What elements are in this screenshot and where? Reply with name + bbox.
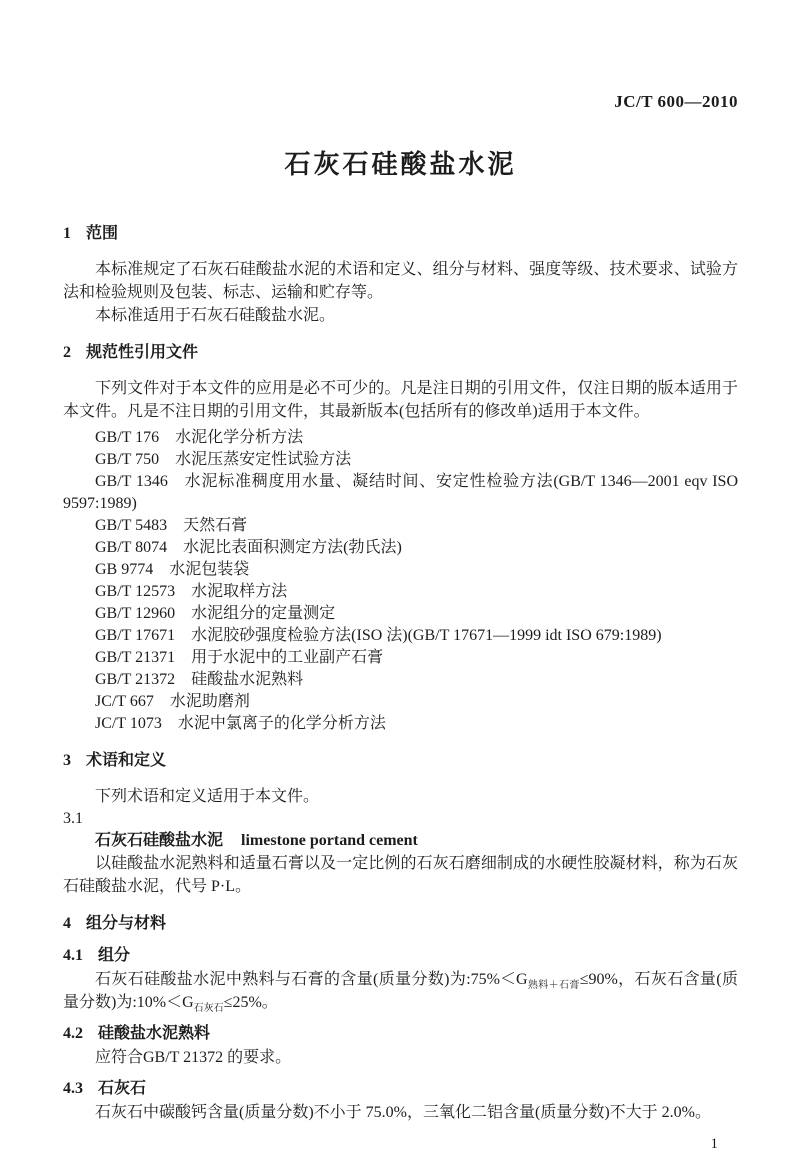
reference-code: GB/T 21371 (95, 649, 175, 666)
reference-code: GB/T 176 (95, 429, 159, 446)
section-label: 范围 (86, 225, 118, 242)
reference-title: 天然石膏 (183, 517, 247, 534)
document-title: 石灰石硅酸盐水泥 (63, 148, 738, 180)
limestone-paragraph: 石灰石中碳酸钙含量(质量分数)不小于 75.0%，三氧化二铝含量(质量分数)不大… (63, 1101, 738, 1124)
section-4-1-heading: 4.1组分 (63, 944, 738, 968)
reference-title: 水泥组分的定量测定 (191, 605, 335, 622)
term-chinese: 石灰石硅酸盐水泥 (95, 832, 223, 849)
section-number: 4.3 (63, 1077, 83, 1101)
references-intro: 下列文件对于本文件的应用是必不可少的。凡是注日期的引用文件，仅注日期的版本适用于… (63, 377, 738, 423)
term-line: 石灰石硅酸盐水泥limestone portand cement (63, 830, 738, 852)
section-label: 石灰石 (98, 1080, 146, 1097)
reference-code: GB/T 8074 (95, 539, 167, 556)
reference-item: GB/T 176水泥化学分析方法 (63, 427, 738, 449)
reference-title: 水泥比表面积测定方法(勃氏法) (183, 539, 402, 556)
reference-code: GB/T 12573 (95, 583, 175, 600)
reference-code: GB/T 17671 (95, 627, 175, 644)
reference-code: GB/T 21372 (95, 671, 175, 688)
reference-code: JC/T 1073 (95, 715, 162, 732)
reference-item: GB/T 8074水泥比表面积测定方法(勃氏法) (63, 537, 738, 559)
document-page: JC/T 600—2010 石灰石硅酸盐水泥 1范围 本标准规定了石灰石硅酸盐水… (0, 0, 800, 1166)
reference-title: 水泥化学分析方法 (175, 429, 303, 446)
term-item-number: 3.1 (63, 808, 738, 830)
section-label: 组分与材料 (86, 915, 166, 932)
composition-paragraph: 石灰石硅酸盐水泥中熟料与石膏的含量(质量分数)为:75%＜G熟料＋石膏≤90%，… (63, 968, 738, 1014)
reference-item: GB/T 12573水泥取样方法 (63, 581, 738, 603)
reference-item: GB 9774水泥包装袋 (63, 559, 738, 581)
reference-code: GB/T 750 (95, 451, 159, 468)
page-number: 1 (63, 1134, 738, 1154)
reference-item: GB/T 1346水泥标准稠度用水量、凝结时间、安定性检验方法(GB/T 134… (63, 471, 738, 515)
section-label: 术语和定义 (86, 752, 166, 769)
scope-paragraph-2: 本标准适用于石灰石硅酸盐水泥。 (63, 304, 738, 327)
section-4-2-heading: 4.2硅酸盐水泥熟料 (63, 1022, 738, 1046)
reference-title: 水泥压蒸安定性试验方法 (175, 451, 351, 468)
clinker-paragraph: 应符合GB/T 21372 的要求。 (63, 1046, 738, 1069)
term-english: limestone portand cement (241, 832, 418, 849)
reference-item: GB/T 21372硅酸盐水泥熟料 (63, 669, 738, 691)
reference-item: GB/T 750水泥压蒸安定性试验方法 (63, 449, 738, 471)
reference-title: 硅酸盐水泥熟料 (191, 671, 303, 688)
section-3-heading: 3术语和定义 (63, 749, 738, 773)
section-label: 规范性引用文件 (86, 344, 198, 361)
section-number: 4.1 (63, 944, 83, 968)
section-2-heading: 2规范性引用文件 (63, 341, 738, 365)
reference-title: 水泥助磨剂 (170, 693, 250, 710)
reference-title: 水泥中氯离子的化学分析方法 (178, 715, 386, 732)
term-definition: 以硅酸盐水泥熟料和适量石膏以及一定比例的石灰石磨细制成的水硬性胶凝材料，称为石灰… (63, 852, 738, 898)
section-label: 硅酸盐水泥熟料 (98, 1025, 210, 1042)
scope-paragraph-1: 本标准规定了石灰石硅酸盐水泥的术语和定义、组分与材料、强度等级、技术要求、试验方… (63, 258, 738, 304)
reference-code: JC/T 667 (95, 693, 154, 710)
references-list: GB/T 176水泥化学分析方法 GB/T 750水泥压蒸安定性试验方法 GB/… (63, 427, 738, 735)
reference-item: JC/T 667水泥助磨剂 (63, 691, 738, 713)
reference-code: GB/T 1346 (95, 473, 168, 490)
reference-item: GB/T 21371用于水泥中的工业副产石膏 (63, 647, 738, 669)
reference-code: GB/T 5483 (95, 517, 167, 534)
section-1-heading: 1范围 (63, 222, 738, 246)
reference-title: 水泥取样方法 (191, 583, 287, 600)
reference-item: GB/T 5483天然石膏 (63, 515, 738, 537)
reference-title: 水泥胶砂强度检验方法(ISO 法)(GB/T 17671—1999 idt IS… (191, 627, 661, 644)
section-number: 4 (63, 912, 71, 936)
section-label: 组分 (98, 947, 130, 964)
section-4-heading: 4组分与材料 (63, 912, 738, 936)
reference-code: GB 9774 (95, 561, 153, 578)
terms-intro: 下列术语和定义适用于本文件。 (63, 785, 738, 808)
standard-code: JC/T 600—2010 (63, 92, 738, 112)
section-number: 4.2 (63, 1022, 83, 1046)
reference-title: 水泥包装袋 (169, 561, 249, 578)
reference-item: GB/T 12960水泥组分的定量测定 (63, 603, 738, 625)
section-number: 3 (63, 749, 71, 773)
section-number: 2 (63, 341, 71, 365)
reference-item: JC/T 1073水泥中氯离子的化学分析方法 (63, 713, 738, 735)
reference-title: 用于水泥中的工业副产石膏 (191, 649, 383, 666)
reference-item: GB/T 17671水泥胶砂强度检验方法(ISO 法)(GB/T 17671—1… (63, 625, 738, 647)
section-4-3-heading: 4.3石灰石 (63, 1077, 738, 1101)
section-number: 1 (63, 222, 71, 246)
reference-code: GB/T 12960 (95, 605, 175, 622)
